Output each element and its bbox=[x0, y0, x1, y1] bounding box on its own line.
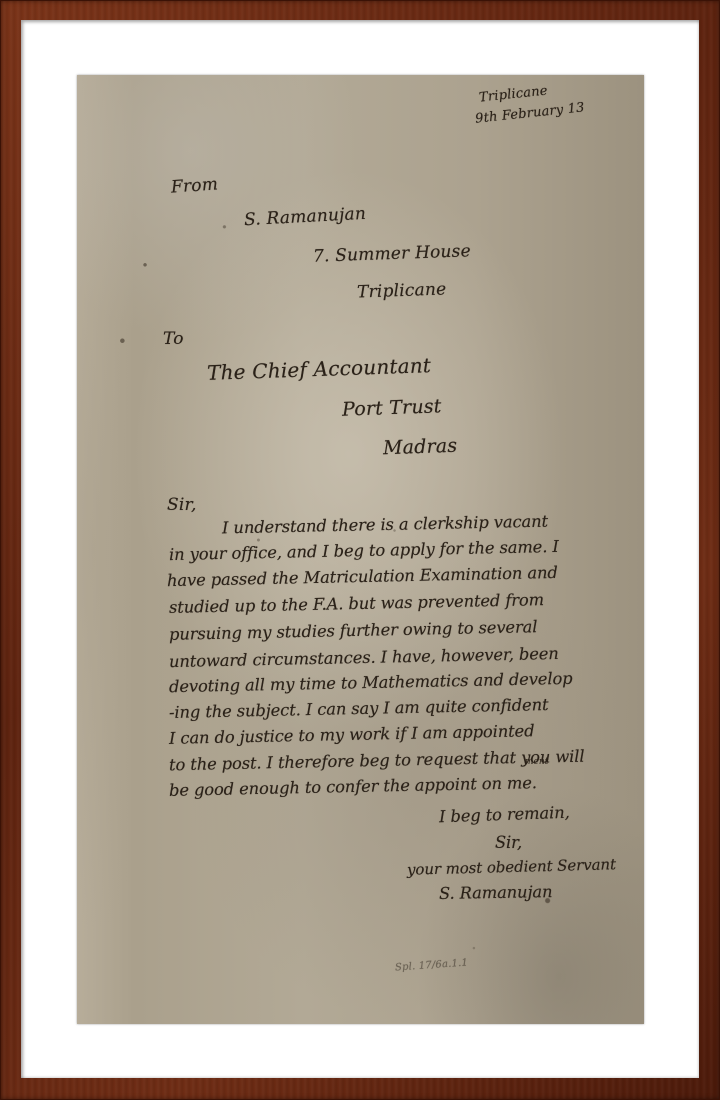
from-label: From bbox=[170, 174, 218, 197]
insertion-note: ment bbox=[525, 757, 548, 767]
recipient-org: Port Trust bbox=[342, 395, 442, 420]
body-line-2: in your office, and I beg to apply for t… bbox=[169, 537, 559, 564]
body-line-1: I understand there is a clerkship vacant bbox=[222, 512, 548, 538]
body-line-3: have passed the Matriculation Examinatio… bbox=[167, 563, 558, 590]
to-label: To bbox=[163, 329, 184, 349]
recipient-city: Madras bbox=[383, 435, 458, 460]
body-line-7: devoting all my time to Mathematics and … bbox=[169, 669, 573, 696]
body-line-11: be good enough to confer the appoint on … bbox=[169, 773, 537, 800]
body-line-4: studied up to the F.A. but was prevented… bbox=[169, 590, 544, 617]
body-line-5: pursuing my studies further owing to sev… bbox=[169, 617, 538, 644]
sender-address-2: Triplicane bbox=[357, 279, 447, 302]
salutation: Sir, bbox=[167, 495, 197, 515]
letter-place: Triplicane bbox=[478, 83, 548, 105]
sender-name: S. Ramanujan bbox=[244, 204, 367, 230]
closing-line-3: your most obedient Servant bbox=[407, 855, 616, 878]
sender-address-1: 7. Summer House bbox=[313, 241, 471, 266]
signature: S. Ramanujan bbox=[439, 882, 553, 903]
closing-line-1: I beg to remain, bbox=[439, 803, 570, 827]
body-line-9: I can do justice to my work if I am appo… bbox=[169, 721, 535, 748]
body-line-10: to the post. I therefore beg to request … bbox=[169, 747, 585, 775]
recipient-title: The Chief Accountant bbox=[207, 353, 432, 385]
closing-line-2: Sir, bbox=[495, 833, 522, 852]
archive-note: Spl. 17/6a.1.1 bbox=[395, 957, 469, 973]
body-line-8: -ing the subject. I can say I am quite c… bbox=[169, 695, 549, 722]
letter-paper: Triplicane 9th February 13 From S. Raman… bbox=[77, 75, 644, 1024]
body-line-6: untoward circumstances. I have, however,… bbox=[169, 644, 559, 671]
